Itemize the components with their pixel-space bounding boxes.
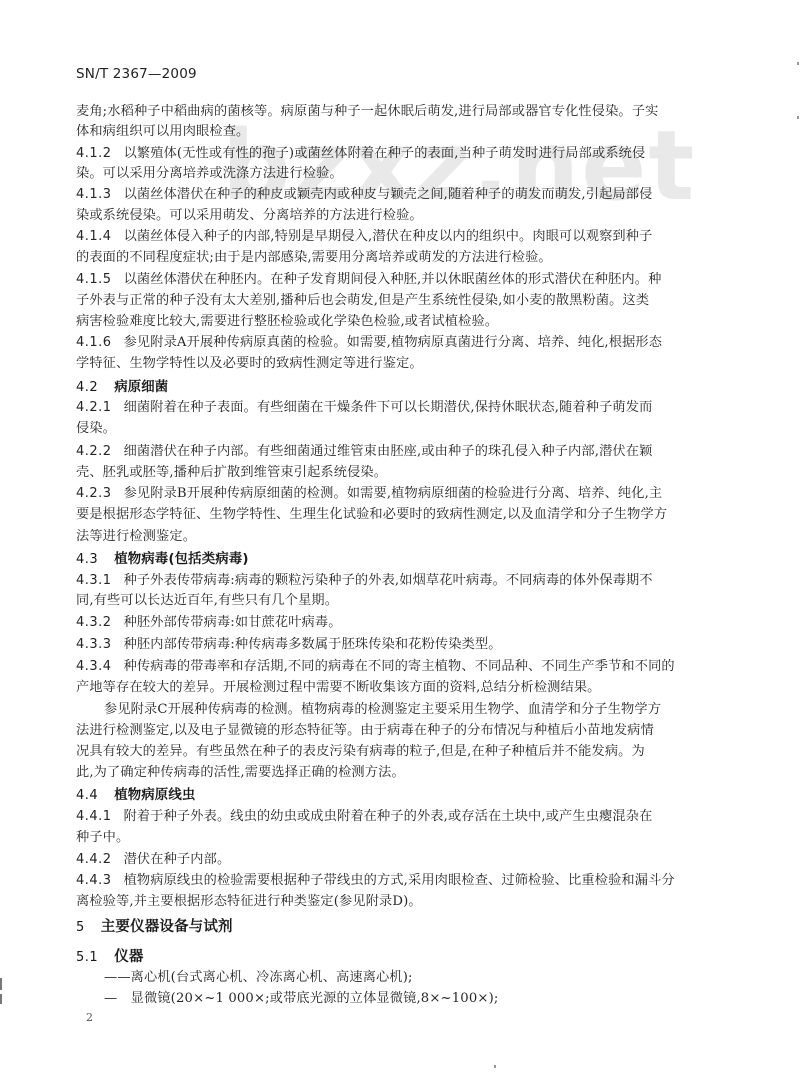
line-text: 此,为了确定种传病毒的活性,需要选择正确的检测方法。 — [76, 765, 405, 780]
line-text: 体和病组织可以用肉眼检查。 — [76, 124, 249, 139]
line-text: 侵染。 — [76, 421, 116, 436]
line-text: 以菌丝体侵入种子的内部,特别是早期侵入,潜伏在种皮以内的组织中。肉眼可以观察到种… — [124, 229, 653, 244]
line-text: 产地等存在较大的差异。开展检测过程中需要不断收集该方面的资料,总结分析检测结果。 — [76, 680, 601, 695]
scan-speck — [797, 116, 799, 119]
paragraph-line: 4.1.6参见附录A开展种传病原真菌的检验。如需要,植物病原真菌进行分离、培养、… — [76, 335, 696, 351]
paragraph-line: 法等进行检测鉴定。 — [76, 529, 696, 545]
page-number: 2 — [86, 1011, 93, 1024]
line-text: 潜伏在种子内部。 — [124, 852, 231, 867]
line-text: 植物病毒(包括类病毒) — [114, 552, 248, 567]
line-text: 同,有些可以长达近百年,有些只有几个星期。 — [76, 593, 338, 608]
paragraph-line: 壳、胚乳或胚等,播种后扩散到维管束引起系统侵染。 — [76, 465, 696, 481]
clause-number: 4.1.5 — [76, 272, 112, 288]
line-text: 仪器 — [114, 949, 143, 965]
clause-number: 4.2.1 — [76, 400, 112, 416]
paragraph-line: 染。可以采用分离培养或洗涤方法进行检验。 — [76, 166, 696, 182]
paragraph-line: 4.1.2以繁殖体(无性或有性的孢子)或菌丝体附着在种子的表面,当种子萌发时进行… — [76, 146, 696, 162]
paragraph-line: 学特征、生物学特性以及必要时的致病性测定等进行鉴定。 — [76, 356, 696, 372]
paragraph-line: 的表面的不同程度症状;由于是内部感染,需要用分离培养或萌发的方法进行检验。 — [76, 250, 696, 266]
clause-number: 4.1.2 — [76, 146, 112, 162]
clause-number: 4.2.3 — [76, 486, 112, 502]
scan-speck — [797, 62, 799, 65]
line-text: 麦角;水稻种子中稻曲病的菌核等。病原菌与种子一起休眠后萌发,进行局部或器官专化性… — [76, 104, 658, 119]
clause-number: 4.3.3 — [76, 637, 112, 653]
paragraph-line: 4.2.1细菌附着在种子表面。有些细菌在干燥条件下可以长期潜伏,保持休眠状态,随… — [76, 400, 696, 416]
paragraph-line: 况具有较大的差异。有些虽然在种子的表皮污染有病毒的粒子,但是,在种子种植后并不能… — [76, 744, 696, 760]
clause-number: 4.1.4 — [76, 229, 112, 245]
paragraph-line: 麦角;水稻种子中稻曲病的菌核等。病原菌与种子一起休眠后萌发,进行局部或器官专化性… — [76, 104, 696, 120]
clause-number: 4.4 — [76, 788, 98, 804]
paragraph-line: 4.3.1种子外表传带病毒:病毒的颗粒污染种子的外表,如烟草花叶病毒。不同病毒的… — [76, 573, 696, 589]
line-text: 植物病原线虫的检验需要根据种子带线虫的方式,采用肉眼检查、过筛检验、比重检验和漏… — [124, 873, 675, 888]
paragraph-line: 离检验等,并主要根据形态特征进行种类鉴定(参见附录D)。 — [76, 894, 696, 910]
paragraph-line: 侵染。 — [76, 421, 696, 437]
clause-number: 5 — [76, 920, 85, 936]
paragraph-line: 病害检验难度比较大,需要进行整胚检验或化学染色检验,或者试植检验。 — [76, 314, 696, 330]
line-text: 学特征、生物学特性以及必要时的致病性测定等进行鉴定。 — [76, 356, 423, 371]
line-text: ——离心机(台式离心机、冷冻离心机、高速离心机); — [104, 970, 413, 985]
paragraph-line: 4.4.3植物病原线虫的检验需要根据种子带线虫的方式,采用肉眼检查、过筛检验、比… — [76, 873, 696, 889]
clause-number: 4.2.2 — [76, 444, 112, 460]
paragraph-line: 4.3.4种传病毒的带毒率和存活期,不同的病毒在不同的寄主植物、不同品种、不同生… — [76, 659, 696, 675]
clause-number: 4.1.3 — [76, 187, 112, 203]
clause-number: 4.3 — [76, 552, 98, 568]
paragraph-line: 体和病组织可以用肉眼检查。 — [76, 124, 696, 140]
line-text: 种胚外部传带病毒:如甘蔗花叶病毒。 — [124, 615, 342, 630]
line-text: 参见附录A开展种传病原真菌的检验。如需要,植物病原真菌进行分离、培养、纯化,根据… — [124, 335, 663, 350]
clause-number: 5.1 — [76, 950, 98, 966]
paragraph-line: 种子中。 — [76, 830, 696, 846]
paragraph-line: 4.3.2种胚外部传带病毒:如甘蔗花叶病毒。 — [76, 615, 696, 631]
line-text: 以繁殖体(无性或有性的孢子)或菌丝体附着在种子的表面,当种子萌发时进行局部或系统… — [124, 146, 646, 161]
line-text: 病原细菌 — [114, 380, 168, 395]
clause-number: 4.4.2 — [76, 852, 112, 868]
line-text: 参见附录C开展种传病毒的检测。植物病毒的检测鉴定主要采用生物学、血清学和分子生物… — [104, 702, 661, 717]
line-text: 以菌丝体潜伏在种子的种皮或颖壳内或种皮与颖壳之间,随着种子的萌发而萌发,引起局部… — [124, 187, 653, 202]
line-text: 种传病毒的带毒率和存活期,不同的病毒在不同的寄主植物、不同品种、不同生产季节和不… — [124, 659, 675, 674]
clause-number: 4.4.3 — [76, 873, 112, 889]
line-text: 染。可以采用分离培养或洗涤方法进行检验。 — [76, 166, 343, 181]
line-text: — 显微镜(20×~1 000×;或带底光源的立体显微镜,8×~100×); — [104, 991, 498, 1006]
document-page: bzxz.net SN/T 2367—2009 麦角;水稻种子中稻曲病的菌核等。… — [0, 0, 800, 1079]
line-text: 的表面的不同程度症状;由于是内部感染,需要用分离培养或萌发的方法进行检验。 — [76, 250, 552, 265]
paragraph-line: 染或系统侵染。可以采用萌发、分离培养的方法进行检验。 — [76, 208, 696, 224]
paragraph-line: 4.1.3以菌丝体潜伏在种子的种皮或颖壳内或种皮与颖壳之间,随着种子的萌发而萌发… — [76, 187, 696, 203]
clause-number: 4.2 — [76, 380, 98, 396]
paragraph-line: 此,为了确定种传病毒的活性,需要选择正确的检测方法。 — [76, 765, 696, 781]
scan-speck — [494, 1065, 496, 1068]
line-text: 离检验等,并主要根据形态特征进行种类鉴定(参见附录D)。 — [76, 894, 422, 909]
paragraph-line: 法进行检测鉴定,以及电子显微镜的形态特征等。由于病毒在种子的分布情况与种植后小苗… — [76, 723, 696, 739]
line-text: 附着于种子外表。线虫的幼虫或成虫附着在种子的外表,或存活在土块中,或产生虫瘿混杂… — [124, 809, 653, 824]
list-item: — 显微镜(20×~1 000×;或带底光源的立体显微镜,8×~100×); — [104, 991, 724, 1007]
paragraph-line: 子外表与正常的种子没有太大差别,播种后也会萌发,但是产生系统性侵染,如小麦的散黑… — [76, 293, 696, 309]
line-text: 种子中。 — [76, 830, 129, 845]
paragraph-line: 4.2.3参见附录B开展种传病原细菌的检测。如需要,植物病原细菌的检验进行分离、… — [76, 486, 696, 502]
paragraph-line: 4.4.2潜伏在种子内部。 — [76, 852, 696, 868]
line-text: 病害检验难度比较大,需要进行整胚检验或化学染色检验,或者试植检验。 — [76, 314, 498, 329]
section-heading: 5.1仪器 — [76, 949, 696, 966]
paragraph-line: 4.3.3种胚内部传带病毒:种传病毒多数属于胚珠传染和花粉传染类型。 — [76, 637, 696, 653]
clause-number: 4.3.2 — [76, 615, 112, 631]
line-text: 要是根据形态学特征、生物学特性、生理生化试验和必要时的致病性测定,以及血清学和分… — [76, 507, 667, 522]
line-text: 种子外表传带病毒:病毒的颗粒污染种子的外表,如烟草花叶病毒。不同病毒的体外保毒期… — [124, 573, 653, 588]
line-text: 染或系统侵染。可以采用萌发、分离培养的方法进行检验。 — [76, 208, 423, 223]
paragraph-line: 产地等存在较大的差异。开展检测过程中需要不断收集该方面的资料,总结分析检测结果。 — [76, 680, 696, 696]
line-text: 法等进行检测鉴定。 — [76, 529, 196, 544]
line-text: 细菌潜伏在种子内部。有些细菌通过维管束由胚座,或由种子的珠孔侵入种子内部,潜伏在… — [124, 444, 653, 459]
section-heading: 5主要仪器设备与试剂 — [76, 919, 696, 936]
line-text: 植物病原线虫 — [114, 788, 195, 803]
line-text: 种胚内部传带病毒:种传病毒多数属于胚珠传染和花粉传染类型。 — [124, 637, 502, 652]
paragraph-line: 4.4.1附着于种子外表。线虫的幼虫或成虫附着在种子的外表,或存活在土块中,或产… — [76, 809, 696, 825]
line-text: 法进行检测鉴定,以及电子显微镜的形态特征等。由于病毒在种子的分布情况与种植后小苗… — [76, 723, 654, 738]
section-heading: 4.4植物病原线虫 — [76, 788, 696, 804]
paragraph-line: 4.1.4以菌丝体侵入种子的内部,特别是早期侵入,潜伏在种皮以内的组织中。肉眼可… — [76, 229, 696, 245]
paragraph-line: 4.2.2细菌潜伏在种子内部。有些细菌通过维管束由胚座,或由种子的珠孔侵入种子内… — [76, 444, 696, 460]
line-text: 况具有较大的差异。有些虽然在种子的表皮污染有病毒的粒子,但是,在种子种植后并不能… — [76, 744, 645, 759]
line-text: 子外表与正常的种子没有太大差别,播种后也会萌发,但是产生系统性侵染,如小麦的散黑… — [76, 293, 649, 308]
line-text: 以菌丝体潜伏在种胚内。在种子发育期间侵入种胚,并以休眠菌丝体的形式潜伏在种胚内。… — [124, 272, 662, 287]
line-text: 参见附录B开展种传病原细菌的检测。如需要,植物病原细菌的检验进行分离、培养、纯化… — [124, 486, 663, 501]
section-heading: 4.2病原细菌 — [76, 380, 696, 396]
clause-number: 4.3.4 — [76, 659, 112, 675]
standard-number-header: SN/T 2367—2009 — [76, 66, 197, 82]
line-text: 壳、胚乳或胚等,播种后扩散到维管束引起系统侵染。 — [76, 465, 387, 480]
paragraph-line: 同,有些可以长达近百年,有些只有几个星期。 — [76, 593, 696, 609]
line-text: 细菌附着在种子表面。有些细菌在干燥条件下可以长期潜伏,保持休眠状态,随着种子萌发… — [124, 400, 653, 415]
clause-number: 4.4.1 — [76, 809, 112, 825]
list-item: ——离心机(台式离心机、冷冻离心机、高速离心机); — [104, 970, 724, 986]
line-text: 主要仪器设备与试剂 — [101, 919, 233, 935]
paragraph-line: 参见附录C开展种传病毒的检测。植物病毒的检测鉴定主要采用生物学、血清学和分子生物… — [104, 702, 724, 718]
section-heading: 4.3植物病毒(包括类病毒) — [76, 552, 696, 568]
margin-binding-mark — [0, 978, 2, 990]
clause-number: 4.1.6 — [76, 335, 112, 351]
clause-number: 4.3.1 — [76, 573, 112, 589]
margin-binding-mark — [0, 994, 2, 1004]
paragraph-line: 要是根据形态学特征、生物学特性、生理生化试验和必要时的致病性测定,以及血清学和分… — [76, 507, 696, 523]
paragraph-line: 4.1.5以菌丝体潜伏在种胚内。在种子发育期间侵入种胚,并以休眠菌丝体的形式潜伏… — [76, 272, 696, 288]
